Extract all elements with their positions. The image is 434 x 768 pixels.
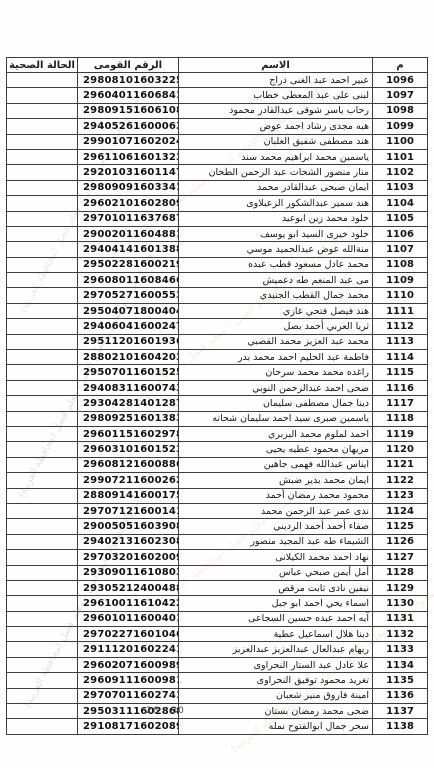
cell-serial: 1136 (373, 688, 428, 703)
cell-name: محمود محمد رمضان أحمد (179, 488, 373, 503)
cell-national-id: 29305212400488 (78, 580, 179, 595)
cell-health-status (7, 534, 78, 549)
table-row: 1119احمد لملوم محمد البربري2960115160297… (7, 426, 428, 441)
cell-name: تغريد محمود توفيق النحراوى (179, 673, 373, 688)
cell-serial: 1110 (373, 288, 428, 303)
cell-health-status (7, 88, 78, 103)
table-row: 1127نهاد احمد محمد الكيلانى2970320160200… (7, 550, 428, 565)
cell-national-id: 29601011600401 (78, 611, 179, 626)
cell-serial: 1108 (373, 257, 428, 272)
table-row: 1115راغده محمد محمد سرحان29507011601525 (7, 365, 428, 380)
table-row: 1138سحر جمال ابوالفتوح نمله2910817160208… (7, 719, 428, 734)
table-row: 1133ريهام عبدالعال عبدالعزيز عبدالعزيز29… (7, 642, 428, 657)
cell-national-id: 29309011610803 (78, 565, 179, 580)
cell-national-id: 29404141601388 (78, 242, 179, 257)
table-row: 1136امينة فاروق منير شعبان29707011602741 (7, 688, 428, 703)
cell-health-status (7, 519, 78, 534)
roster-body: 1096عبير احمد عبد الغنى دراج298081016032… (7, 73, 428, 735)
cell-health-status (7, 73, 78, 88)
cell-national-id: 29005051603908 (78, 519, 179, 534)
cell-serial: 1123 (373, 488, 428, 503)
cell-serial: 1130 (373, 596, 428, 611)
table-row: 1114فاطمة عبد الحليم احمد محمد بدر288021… (7, 350, 428, 365)
cell-serial: 1129 (373, 580, 428, 595)
table-row: 1137ضحى محمد رمضان بستان29503111602868 (7, 704, 428, 719)
cell-serial: 1107 (373, 242, 428, 257)
header-serial: م (373, 58, 428, 73)
cell-national-id: 29408311600743 (78, 380, 179, 395)
cell-national-id: 29703201602009 (78, 550, 179, 565)
cell-health-status (7, 273, 78, 288)
cell-name: ايمان محمد بدير ضبش (179, 473, 373, 488)
cell-health-status (7, 211, 78, 226)
cell-name: ياسمين محمد ابراهيم محمد سند (179, 149, 373, 164)
table-row: 1106خلود خيرى السيد ابو يوسف290020116048… (7, 226, 428, 241)
cell-national-id: 29504071800404 (78, 303, 179, 318)
header-health-status: الحالة الصحية (7, 58, 78, 73)
cell-health-status (7, 688, 78, 703)
cell-health-status (7, 242, 78, 257)
cell-health-status (7, 334, 78, 349)
cell-name: امينة فاروق منير شعبان (179, 688, 373, 703)
header-name: الاسم (179, 58, 373, 73)
cell-national-id: 28809141600175 (78, 488, 179, 503)
table-row: 1109مى عبد المنعم طه دعميش29608011608466 (7, 273, 428, 288)
header-national-id: الرقم القومى (78, 58, 179, 73)
cell-health-status (7, 704, 78, 719)
cell-serial: 1109 (373, 273, 428, 288)
table-row: 1131آيه احمد عبده حسين السجاعى2960101160… (7, 611, 428, 626)
cell-health-status (7, 503, 78, 518)
cell-health-status (7, 103, 78, 118)
cell-national-id: 29406041600247 (78, 319, 179, 334)
cell-health-status (7, 488, 78, 503)
cell-name: لبنى على عبد المعطى خطاب (179, 88, 373, 103)
cell-serial: 1134 (373, 657, 428, 672)
cell-national-id: 29705271600553 (78, 288, 179, 303)
cell-name: خلود خيرى السيد ابو يوسف (179, 226, 373, 241)
cell-health-status (7, 226, 78, 241)
cell-serial: 1112 (373, 319, 428, 334)
table-row: 1099هبه مجدى رشاد احمد عوض29405261600063 (7, 119, 428, 134)
cell-name: ثريا العربي أحمد بصل (179, 319, 373, 334)
cell-serial: 1096 (373, 73, 428, 88)
table-row: 1105خلود محمد زين ابوعيد29701011637687 (7, 211, 428, 226)
cell-health-status (7, 288, 78, 303)
cell-health-status (7, 719, 78, 734)
cell-name: محمد عادل مسعود قطب عبده (179, 257, 373, 272)
cell-name: رحاب ياسر شوقى عبدالقادر محمود (179, 103, 373, 118)
cell-serial: 1125 (373, 519, 428, 534)
table-row: 1134علا عادل عبد الستار النحراوى29602071… (7, 657, 428, 672)
table-row: 1097لبنى على عبد المعطى خطاب296040116068… (7, 88, 428, 103)
cell-health-status (7, 134, 78, 149)
cell-national-id: 29701011637687 (78, 211, 179, 226)
table-row: 1101ياسمين محمد ابراهيم محمد سند29611061… (7, 149, 428, 164)
cell-serial: 1116 (373, 380, 428, 395)
cell-name: نيفين نادى ثابت مرقص (179, 580, 373, 595)
cell-national-id: 29405261600063 (78, 119, 179, 134)
cell-name: ضحى احمد عبدالرحمن النوبي (179, 380, 373, 395)
table-row: 1129نيفين نادى ثابت مرقص29305212400488 (7, 580, 428, 595)
table-row: 1132دينا هلال اسماعيل عطية29702271601046 (7, 627, 428, 642)
cell-national-id: 29402131602308 (78, 534, 179, 549)
table-row: 1111هند فيصل فتحي غازي29504071800404 (7, 303, 428, 318)
cell-national-id: 29808101603225 (78, 73, 179, 88)
cell-health-status (7, 550, 78, 565)
cell-name: هند مصطفى شفيق الغلبان (179, 134, 373, 149)
cell-serial: 1135 (373, 673, 428, 688)
cell-name: فاطمة عبد الحليم احمد محمد بدر (179, 350, 373, 365)
cell-serial: 1137 (373, 704, 428, 719)
cell-health-status (7, 165, 78, 180)
cell-serial: 1117 (373, 396, 428, 411)
cell-name: نهاد احمد محمد الكيلانى (179, 550, 373, 565)
cell-health-status (7, 426, 78, 441)
table-row: 1096عبير احمد عبد الغنى دراج298081016032… (7, 73, 428, 88)
cell-name: مريهان محمود عطيه يحيى (179, 442, 373, 457)
cell-name: علا عادل عبد الستار النحراوى (179, 657, 373, 672)
cell-name: عبير احمد عبد الغنى دراج (179, 73, 373, 88)
cell-serial: 1102 (373, 165, 428, 180)
cell-name: احمد لملوم محمد البربري (179, 426, 373, 441)
cell-national-id: 29108171602089 (78, 719, 179, 734)
cell-serial: 1124 (373, 503, 428, 518)
cell-health-status (7, 442, 78, 457)
cell-national-id: 29809251601383 (78, 411, 179, 426)
cell-serial: 1111 (373, 303, 428, 318)
cell-health-status (7, 196, 78, 211)
cell-national-id: 29610011610422 (78, 596, 179, 611)
cell-national-id: 29602101602809 (78, 196, 179, 211)
cell-name: منار منصور الشحات عبد الرحمن الطحان (179, 165, 373, 180)
table-row: 1117دينا جمال مصطفى سليمان29304281401287 (7, 396, 428, 411)
cell-name: هند فيصل فتحي غازي (179, 303, 373, 318)
cell-national-id: 29507011601525 (78, 365, 179, 380)
cell-national-id: 29604011606841 (78, 88, 179, 103)
cell-serial: 1099 (373, 119, 428, 134)
cell-name: ندى عمر عبد الرحمن محمد (179, 503, 373, 518)
cell-name: منةالله عوض عبدالحميد موسي (179, 242, 373, 257)
cell-serial: 1103 (373, 180, 428, 195)
cell-health-status (7, 642, 78, 657)
cell-name: دينا جمال مصطفى سليمان (179, 396, 373, 411)
cell-health-status (7, 565, 78, 580)
cell-name: هند سمير عبدالشكور الزعبلاوى (179, 196, 373, 211)
cell-national-id: 29608011608466 (78, 273, 179, 288)
cell-health-status (7, 596, 78, 611)
cell-name: اسماء يحي احمد ابو جبل (179, 596, 373, 611)
table-row: 1116ضحى احمد عبدالرحمن النوبي29408311600… (7, 380, 428, 395)
cell-health-status (7, 396, 78, 411)
cell-national-id: 29907211600262 (78, 473, 179, 488)
cell-serial: 1133 (373, 642, 428, 657)
cell-serial: 1126 (373, 534, 428, 549)
cell-national-id: 29809091603341 (78, 180, 179, 195)
table-row: 1124ندى عمر عبد الرحمن محمد2970712160014… (7, 503, 428, 518)
table-row: 1120مريهان محمود عطيه يحيى29603101601523 (7, 442, 428, 457)
cell-name: الشيماء طه عبد المجيد منصور (179, 534, 373, 549)
cell-national-id: 29603101601523 (78, 442, 179, 457)
scanned-page: وزارة التربية والتعليم والتعليم الفنى - … (0, 0, 434, 768)
cell-health-status (7, 457, 78, 472)
table-row: 1100هند مصطفى شفيق الغلبان29901071602024 (7, 134, 428, 149)
table-row: 1121ايناس عبدالله فهمى جاهين296081216008… (7, 457, 428, 472)
cell-national-id: 29502281600219 (78, 257, 179, 272)
cell-national-id: 29707011602741 (78, 688, 179, 703)
cell-name: مى عبد المنعم طه دعميش (179, 273, 373, 288)
cell-health-status (7, 180, 78, 195)
cell-national-id: 29201031601147 (78, 165, 179, 180)
table-row: 1125صفاء أحمد أحمد الرديني29005051603908 (7, 519, 428, 534)
cell-health-status (7, 350, 78, 365)
cell-national-id: 29602071600989 (78, 657, 179, 672)
cell-name: راغده محمد محمد سرحان (179, 365, 373, 380)
page-number: 26 - 30 (146, 706, 185, 716)
cell-national-id: 29304281401287 (78, 396, 179, 411)
cell-name: محمد جمال القطب الجنيدي (179, 288, 373, 303)
cell-health-status (7, 365, 78, 380)
cell-serial: 1106 (373, 226, 428, 241)
cell-serial: 1101 (373, 149, 428, 164)
cell-serial: 1118 (373, 411, 428, 426)
table-row: 1113محمد عبد العزيز محمد القصبي295112016… (7, 334, 428, 349)
cell-national-id: 28802101604203 (78, 350, 179, 365)
header-row: م الاسم الرقم القومى الحالة الصحية (7, 58, 428, 73)
cell-health-status (7, 319, 78, 334)
table-row: 1098رحاب ياسر شوقى عبدالقادر محمود298091… (7, 103, 428, 118)
cell-serial: 1121 (373, 457, 428, 472)
cell-serial: 1120 (373, 442, 428, 457)
cell-health-status (7, 580, 78, 595)
cell-serial: 1132 (373, 627, 428, 642)
cell-national-id: 29901071602024 (78, 134, 179, 149)
cell-health-status (7, 149, 78, 164)
cell-national-id: 29601151602978 (78, 426, 179, 441)
cell-serial: 1098 (373, 103, 428, 118)
cell-health-status (7, 380, 78, 395)
table-row: 1128أمل أيمن صبحي عباس29309011610803 (7, 565, 428, 580)
cell-health-status (7, 673, 78, 688)
cell-national-id: 29111201602241 (78, 642, 179, 657)
table-row: 1102منار منصور الشحات عبد الرحمن الطحان2… (7, 165, 428, 180)
cell-name: ايمان صبحى عبدالقادر محمد (179, 180, 373, 195)
cell-national-id: 29608121600886 (78, 457, 179, 472)
table-row: 1103ايمان صبحى عبدالقادر محمد29809091603… (7, 180, 428, 195)
cell-serial: 1138 (373, 719, 428, 734)
cell-health-status (7, 627, 78, 642)
cell-name: محمد عبد العزيز محمد القصبي (179, 334, 373, 349)
cell-name: ضحى محمد رمضان بستان (179, 704, 373, 719)
table-row: 1107منةالله عوض عبدالحميد موسي2940414160… (7, 242, 428, 257)
cell-serial: 1119 (373, 426, 428, 441)
cell-national-id: 29707121600141 (78, 503, 179, 518)
cell-name: آيه احمد عبده حسين السجاعى (179, 611, 373, 626)
table-row: 1135تغريد محمود توفيق النحراوى2960911160… (7, 673, 428, 688)
cell-name: صفاء أحمد أحمد الرديني (179, 519, 373, 534)
cell-health-status (7, 473, 78, 488)
table-row: 1126الشيماء طه عبد المجيد منصور294021316… (7, 534, 428, 549)
cell-health-status (7, 257, 78, 272)
cell-serial: 1113 (373, 334, 428, 349)
table-row: 1104هند سمير عبدالشكور الزعبلاوى29602101… (7, 196, 428, 211)
cell-national-id: 29511201601936 (78, 334, 179, 349)
table-row: 1110محمد جمال القطب الجنيدي2970527160055… (7, 288, 428, 303)
cell-national-id: 29609111600981 (78, 673, 179, 688)
student-roster-table: م الاسم الرقم القومى الحالة الصحية 1096ع… (6, 57, 428, 735)
cell-name: خلود محمد زين ابوعيد (179, 211, 373, 226)
table-row: 1130اسماء يحي احمد ابو جبل29610011610422 (7, 596, 428, 611)
cell-name: ياسمين صبرى سيد احمد سليمان شحاته (179, 411, 373, 426)
cell-national-id: 29611061601323 (78, 149, 179, 164)
cell-serial: 1127 (373, 550, 428, 565)
cell-serial: 1104 (373, 196, 428, 211)
cell-serial: 1105 (373, 211, 428, 226)
table-row: 1108محمد عادل مسعود قطب عبده295022816002… (7, 257, 428, 272)
cell-name: ريهام عبدالعال عبدالعزيز عبدالعزيز (179, 642, 373, 657)
cell-serial: 1114 (373, 350, 428, 365)
cell-serial: 1115 (373, 365, 428, 380)
cell-name: سحر جمال ابوالفتوح نمله (179, 719, 373, 734)
table-row: 1118ياسمين صبرى سيد احمد سليمان شحاته298… (7, 411, 428, 426)
cell-health-status (7, 657, 78, 672)
cell-health-status (7, 303, 78, 318)
cell-national-id: 29702271601046 (78, 627, 179, 642)
cell-name: هبه مجدى رشاد احمد عوض (179, 119, 373, 134)
cell-national-id: 29809151606108 (78, 103, 179, 118)
cell-serial: 1100 (373, 134, 428, 149)
table-row: 1122ايمان محمد بدير ضبش29907211600262 (7, 473, 428, 488)
cell-serial: 1122 (373, 473, 428, 488)
table-row: 1123محمود محمد رمضان أحمد28809141600175 (7, 488, 428, 503)
cell-name: دينا هلال اسماعيل عطية (179, 627, 373, 642)
cell-serial: 1097 (373, 88, 428, 103)
cell-name: أمل أيمن صبحي عباس (179, 565, 373, 580)
cell-national-id: 29002011604881 (78, 226, 179, 241)
cell-health-status (7, 611, 78, 626)
cell-serial: 1128 (373, 565, 428, 580)
cell-name: ايناس عبدالله فهمى جاهين (179, 457, 373, 472)
table-row: 1112ثريا العربي أحمد بصل29406041600247 (7, 319, 428, 334)
cell-health-status (7, 411, 78, 426)
cell-serial: 1131 (373, 611, 428, 626)
cell-health-status (7, 119, 78, 134)
